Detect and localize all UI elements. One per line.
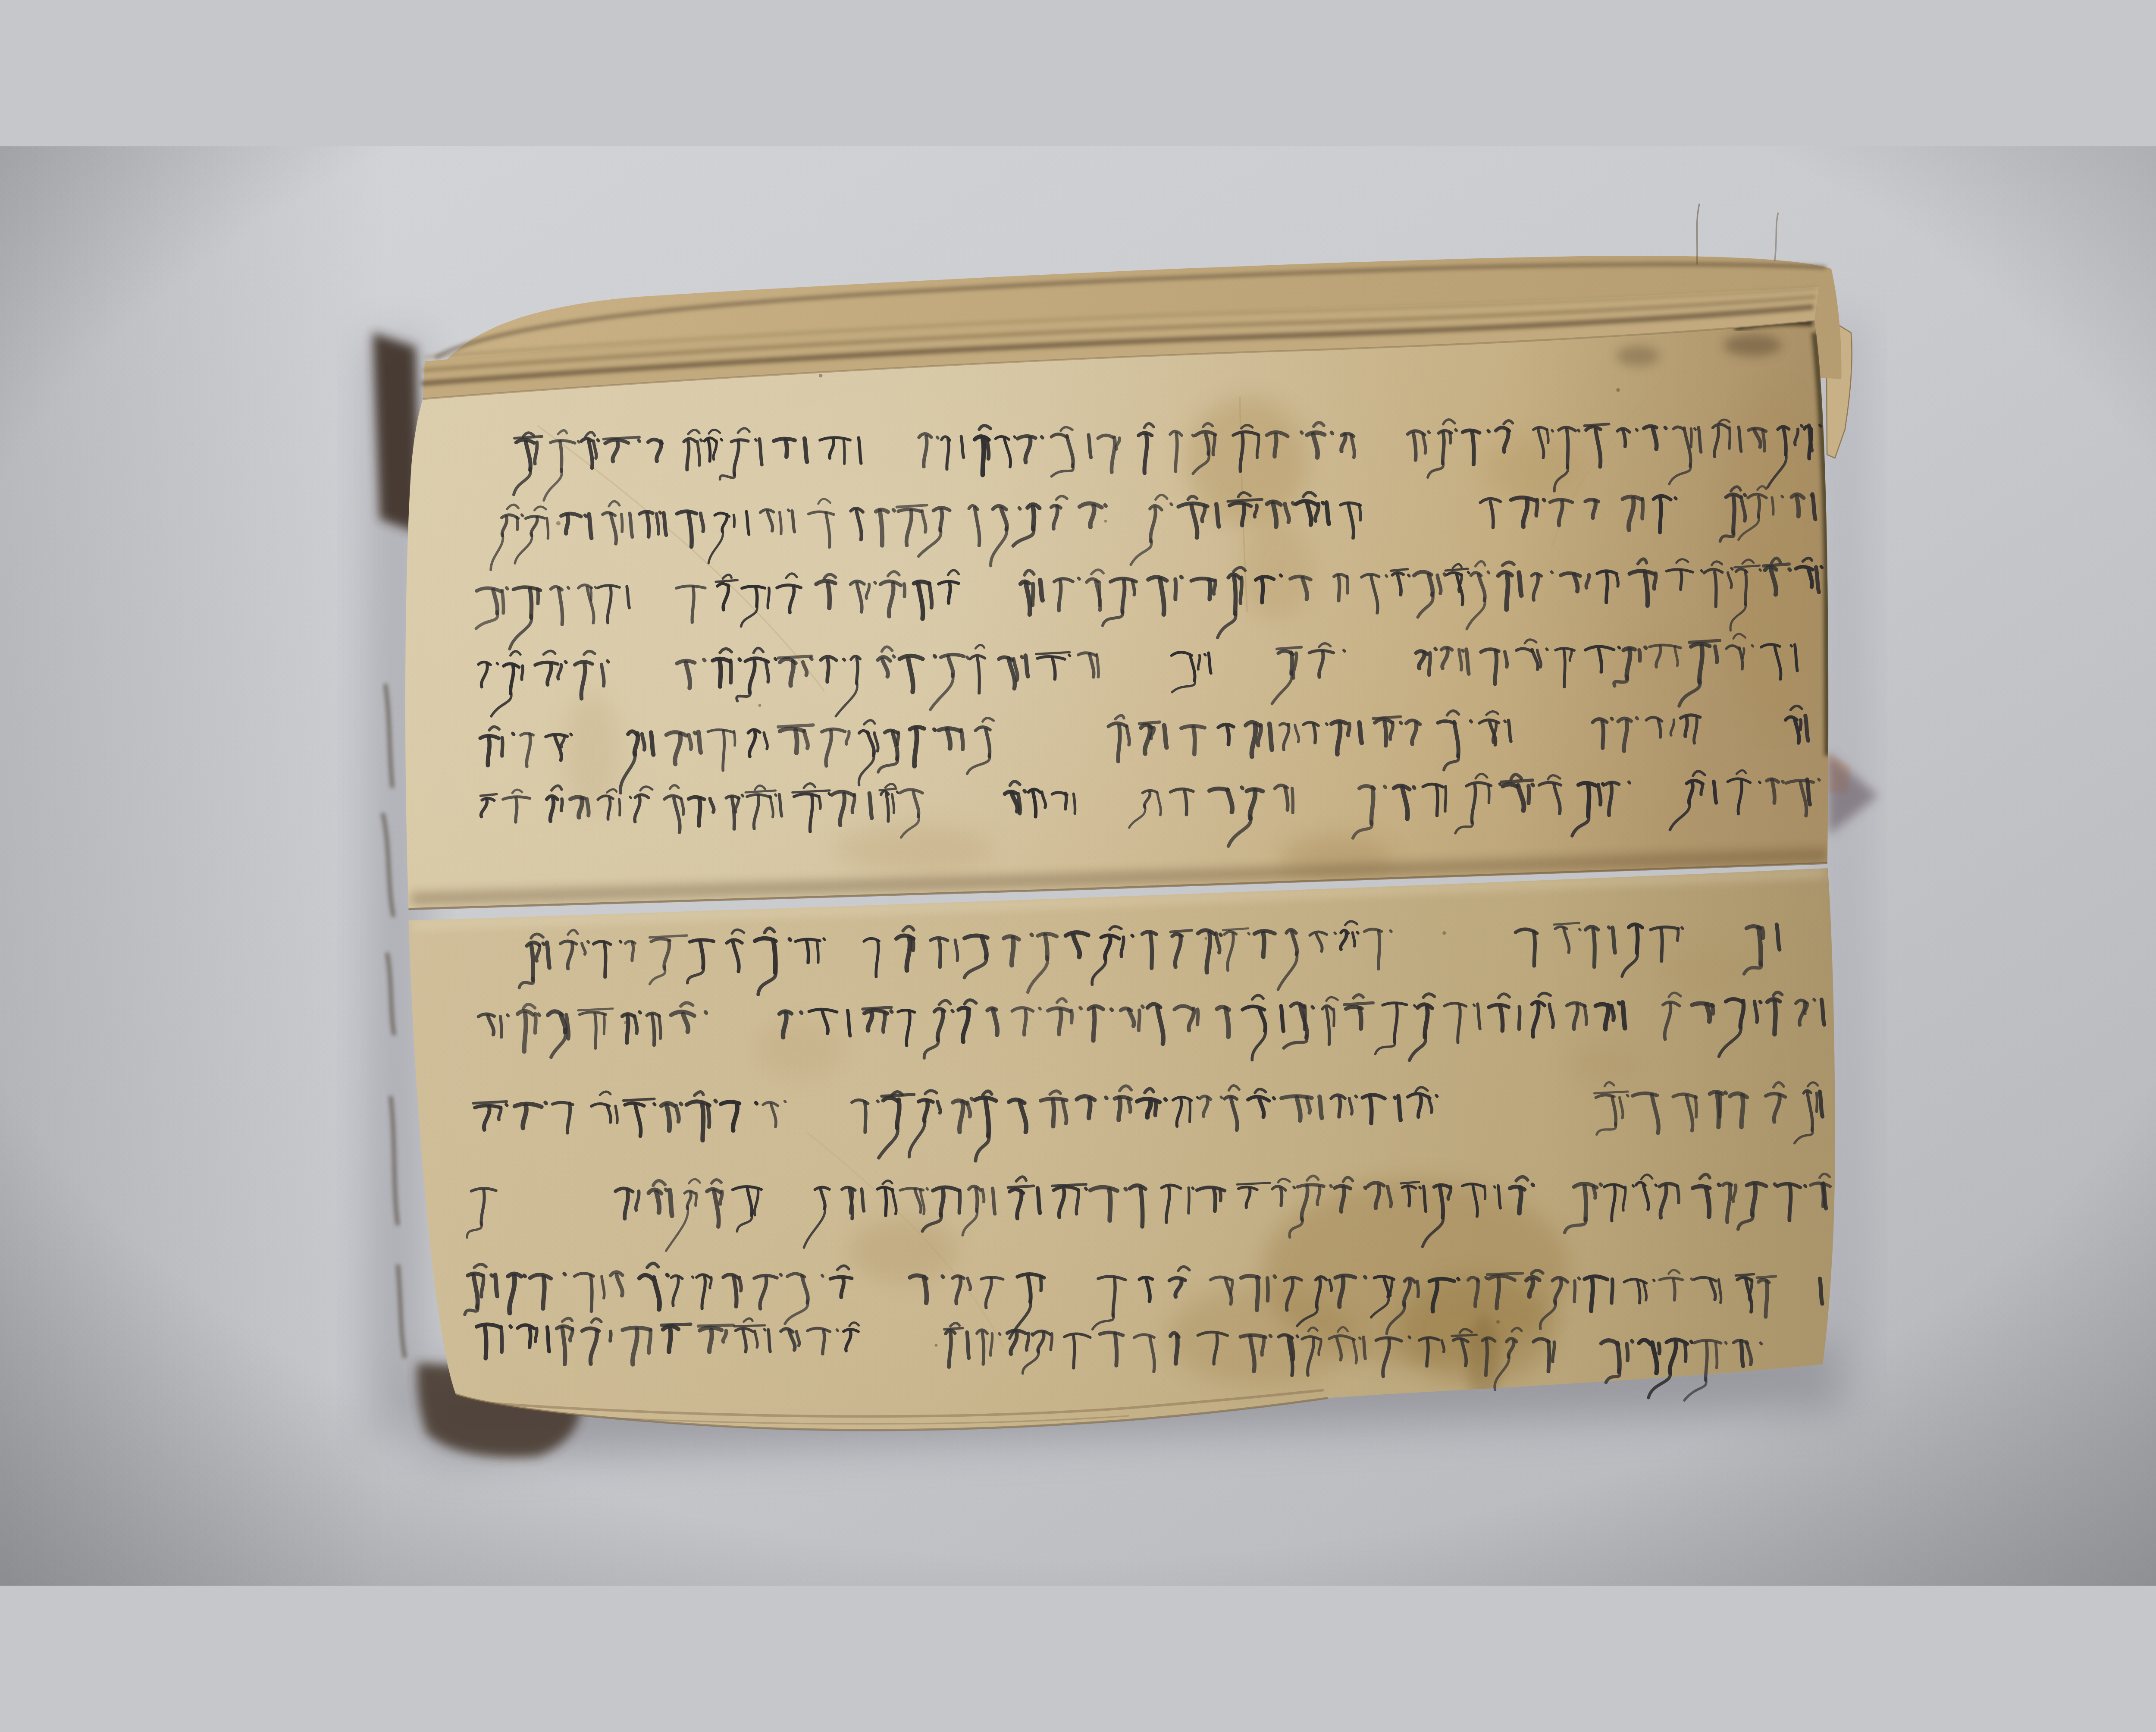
photo: [0, 0, 2156, 1732]
manuscript-photo: [0, 0, 2156, 1732]
lighting-vignette: [0, 146, 2156, 1586]
